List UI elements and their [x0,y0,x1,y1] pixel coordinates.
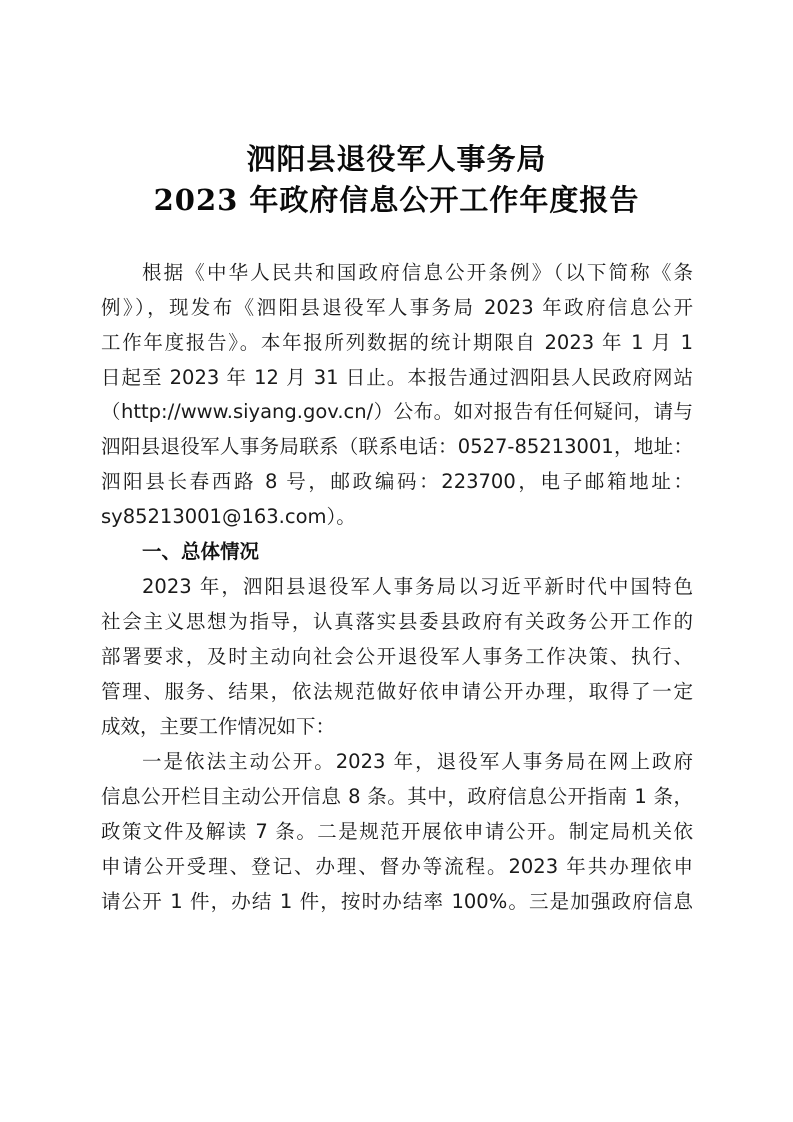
document-title-line-2: 2023 年政府信息公开工作年度报告 [0,180,793,220]
intro-line: 根据《中华人民共和国政府信息公开条例》（以下简称《条 [142,256,693,290]
overview-line: 2023 年，泗阳县退役军人事务局以习近平新时代中国特色 [142,570,693,604]
intro-line: 工作年度报告》。本年报所列数据的统计期限自 2023 年 1 月 1 [101,326,693,360]
document-page: 泗阳县退役军人事务局 2023 年政府信息公开工作年度报告 根据《中华人民共和国… [0,0,793,1122]
overview-line: 成效，主要工作情况如下： [101,710,693,744]
work-line: 请公开 1 件，办结 1 件，按时办结率 100%。三是加强政府信息 [101,885,693,919]
overview-line: 管理、服务、结果，依法规范做好依申请公开办理，取得了一定 [101,675,693,709]
intro-line-address: 泗阳县长春西路 8 号，邮政编码：223700，电子邮箱地址： [101,465,693,499]
intro-line-contact: 泗阳县退役军人事务局联系（联系电话：0527-85213001，地址： [101,430,693,464]
work-line: 政策文件及解读 7 条。二是规范开展依申请公开。制定局机关依 [101,815,693,849]
intro-line: 日起至 2023 年 12 月 31 日止。本报告通过泗阳县人民政府网站 [101,361,693,395]
intro-line-website: （http://www.siyang.gov.cn/）公布。如对报告有任何疑问，… [101,395,693,429]
work-line: 申请公开受理、登记、办理、督办等流程。2023 年共办理依申 [101,850,693,884]
section-heading-overview: 一、总体情况 [142,535,259,569]
intro-line: 例》），现发布《泗阳县退役军人事务局 2023 年政府信息公开 [101,291,693,325]
work-line: 一是依法主动公开。2023 年，退役军人事务局在网上政府 [142,745,693,779]
work-line: 信息公开栏目主动公开信息 8 条。其中，政府信息公开指南 1 条， [101,780,693,814]
document-title-line-1: 泗阳县退役军人事务局 [0,139,793,179]
intro-line-email: sy85213001@163.com）。 [101,500,693,534]
overview-line: 社会主义思想为指导，认真落实县委县政府有关政务公开工作的 [101,605,693,639]
overview-line: 部署要求，及时主动向社会公开退役军人事务工作决策、执行、 [101,640,693,674]
